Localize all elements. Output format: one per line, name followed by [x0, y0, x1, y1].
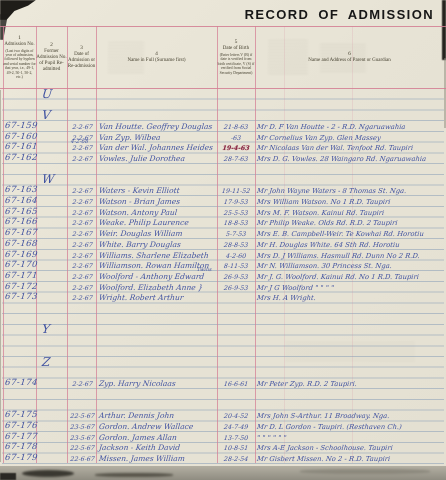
pupil-name: Woolford. Elizabeth Anne }	[99, 283, 218, 292]
parent-guardian: Mr Nicolaas Van der Wal. Tenfoot Rd. Tau…	[257, 144, 445, 152]
pupil-name: Vowles. Julie Dorothea	[99, 154, 218, 163]
pupil-name: Watson. Antony Paul	[99, 208, 218, 217]
pupil-name: Arthur. Dennis John	[99, 411, 218, 420]
date-of-birth: 13-7-50	[218, 435, 255, 442]
ledger-row: 67-1672-2-67Weir. Douglas William5-7-53M…	[0, 228, 446, 239]
admission-number: 67-178	[4, 442, 35, 452]
parent-guardian: Mr N. Williamson. 30 Princess St. Nga.	[257, 262, 445, 270]
date-of-birth: 8-11-53	[218, 263, 255, 270]
admission-number: 67-169	[4, 250, 35, 260]
ledger-row: 67-1622-2-67Vowles. Julie Dorothea28-7-6…	[0, 153, 446, 164]
ledger-row: 67-17723-5-67Gordon. James Allan13-7-50"…	[0, 432, 446, 443]
admission-number: 67-174	[4, 378, 35, 388]
ledger-row: 67-1632-2-67Waters - Kevin Elliott19-11-…	[0, 185, 446, 196]
ledger-row: 67-1652-2-67Watson. Antony Paul25-5-53Mr…	[0, 206, 446, 217]
ledger-row: 67-1702-2-67Williamson. Rowan Hamilton8-…	[0, 260, 446, 271]
parent-guardian: " " " " " "	[257, 434, 445, 442]
ledger-row: 67-1682-2-67White. Barry Douglas28-8-53M…	[0, 239, 446, 250]
date-of-birth: 21-8-63	[218, 124, 255, 131]
ledger-row: 67-1732-2-67Wright. Robert ArthurMrs H. …	[0, 292, 446, 303]
scan-edge-artifact	[22, 470, 74, 477]
ledger-row: 67-1612-2-674-2-68Van der Wal. Johannes …	[0, 142, 446, 153]
ledger-row: 67-1722-2-67Woolford. Elizabeth Anne }26…	[0, 281, 446, 292]
admission-date: 2-2-67	[69, 220, 97, 227]
admission-number: 67-168	[4, 239, 35, 249]
re-admission-date: 4-2-68	[70, 139, 88, 145]
pupil-name: Gordon. Andrew Wallace	[99, 422, 218, 431]
ledger-row: 67-1692-2-67Williams. Sharlene Elizabeth…	[0, 249, 446, 260]
ledger-row: 67-1642-2-67Watson - Brian James17-9-53M…	[0, 196, 446, 207]
admission-date: 22-5-67	[69, 445, 97, 452]
parent-guardian: Mrs M. F. Watson. Kainui Rd. Taupiri	[257, 209, 445, 217]
section-letter: U	[0, 89, 446, 100]
date-of-birth: 28-8-53	[218, 242, 255, 249]
parent-guardian: Mr H. Douglas White. 64 Sth Rd. Horotiu	[257, 241, 445, 249]
pupil-name: Williams. Sharlene Elizabeth	[99, 251, 218, 260]
pupil-name: Watson - Brian James	[99, 197, 218, 206]
admission-date: 22-5-67	[69, 413, 97, 420]
section-letter: V	[0, 110, 446, 121]
admission-date: 2-2-67	[69, 253, 97, 260]
date-of-birth: 19-4-63	[218, 145, 255, 152]
admission-date: 23-5-67	[69, 435, 97, 442]
admission-number: 67-173	[4, 292, 35, 302]
parent-guardian: Mrs H. A Wright.	[257, 294, 445, 302]
admission-date: 2-2-67	[69, 285, 97, 292]
section-letter: Y	[0, 324, 446, 335]
admission-number: 67-163	[4, 185, 35, 195]
ledger-row: 67-17822-5-67Jackson - Keith David10-8-5…	[0, 442, 446, 453]
ledger-row: 67-1712-2-67Woolford - Anthony EdwardTwi…	[0, 271, 446, 282]
admission-number: 67-171	[4, 271, 35, 281]
admission-number: 67-165	[4, 207, 35, 217]
date-of-birth: 17-9-53	[218, 199, 255, 206]
parent-guardian: Mr John Wayne Waters - 8 Thomas St. Nga.	[257, 187, 445, 195]
pupil-name: Zyp. Harry Nicolaas	[99, 379, 218, 388]
admission-date: 2-2-67	[69, 274, 97, 281]
admission-date: 2-2-67	[69, 199, 97, 206]
admission-number: 67-162	[4, 153, 35, 163]
admission-number: 67-159	[4, 121, 35, 131]
admission-number: 67-170	[4, 260, 35, 270]
pupil-name: Waters - Kevin Elliott	[99, 186, 218, 195]
admission-number: 67-161	[4, 142, 35, 152]
pupil-name: Jackson - Keith David	[99, 443, 218, 452]
parent-guardian: Mr Philip Weake. Olds Rd. R.D. 2 Taupiri	[257, 219, 445, 227]
pupil-name: Missen. James William	[99, 454, 218, 463]
parent-guardian: Mr Peter Zyp. R.D. 2 Taupiri.	[257, 380, 445, 388]
admission-date: 23-5-67	[69, 424, 97, 431]
section-letter: Z	[0, 357, 446, 368]
parent-guardian: Mrs D. J Williams. Hasmull Rd. Dunn No 2…	[257, 252, 445, 260]
admission-date: 2-2-67	[69, 295, 97, 302]
parent-guardian: Mr D. F Van Houtte - 2 - R.D. Ngaruawahi…	[257, 123, 445, 131]
date-of-birth: 4-2-60	[218, 253, 255, 260]
admission-date: 2-2-67	[69, 124, 97, 131]
parent-guardian: Mr D. L Gordon - Taupiri. (Resthaven Ch.…	[257, 423, 445, 431]
pupil-name: White. Barry Douglas	[99, 240, 218, 249]
parent-guardian: Mr J G Woolford " " " "	[257, 284, 445, 292]
parent-guardian: Mrs D. G. Vowles. 28 Waingaro Rd. Ngarua…	[257, 155, 445, 163]
ledger-row: 67-1592-2-67Van Houtte. Geoffrey Douglas…	[0, 121, 446, 132]
date-of-birth: 28-7-63	[218, 156, 255, 163]
scanned-admission-register-page: RECORD OF ADMISSION 1 Admission No. (Las…	[0, 0, 446, 480]
pupil-name: Gordon. James Allan	[99, 433, 218, 442]
ledger-row: 67-1742-2-67Zyp. Harry Nicolaas16-6-61Mr…	[0, 378, 446, 389]
parent-guardian: Mr Cornelius Van Zyp. Glen Massey	[257, 134, 445, 142]
date-of-birth: 16-6-61	[218, 381, 255, 388]
admission-date: 22-6-67	[69, 456, 97, 463]
admission-number: 67-179	[4, 453, 35, 463]
date-of-birth: 10-8-51	[218, 445, 255, 452]
admission-number: 67-160	[4, 132, 35, 142]
admission-date: 2-2-67	[69, 156, 97, 163]
date-of-birth: 26-9-53	[218, 285, 255, 292]
parent-guardian: Mrs E. B. Campbell-Weir. Te Kowhai Rd. H…	[257, 230, 445, 238]
ledger-rows: UV67-1592-2-67Van Houtte. Geoffrey Dougl…	[0, 0, 446, 480]
date-of-birth: 19-11-52	[218, 188, 255, 195]
admission-number: 67-175	[4, 410, 35, 420]
admission-number: 67-176	[4, 421, 35, 431]
date-of-birth: -63	[218, 135, 255, 142]
date-of-birth: 25-5-53	[218, 210, 255, 217]
scan-edge-artifact	[300, 469, 430, 474]
ledger-row: 67-1662-2-67Weake. Philip Laurence18-8-5…	[0, 217, 446, 228]
admission-date: 2-2-67	[69, 210, 97, 217]
scan-edge-artifact	[95, 473, 173, 477]
parent-guardian: Mr J. G. Woolford. Kainui Rd. No 1 R.D. …	[257, 273, 445, 281]
parent-guardian: Mr Gisbert Missen. No 2 - R.D. Taupiri	[257, 455, 445, 463]
date-of-birth: 20-4-52	[218, 413, 255, 420]
admission-number: 67-172	[4, 282, 35, 292]
ledger-row: 67-17922-6-67Missen. James William28-2-5…	[0, 453, 446, 464]
parent-guardian: Mrs William Watson. No 1 R.D. Taupiri	[257, 198, 445, 206]
admission-number: 67-167	[4, 228, 35, 238]
parent-guardian: Mrs A-E Jackson - Schoolhouse. Taupiri	[257, 444, 445, 452]
date-of-birth: 18-8-53	[218, 220, 255, 227]
pupil-name: Weir. Douglas William	[99, 229, 218, 238]
admission-number: 67-166	[4, 217, 35, 227]
pupil-name: Weake. Philip Laurence	[99, 218, 218, 227]
ledger-row: 67-17522-5-67Arthur. Dennis John20-4-52M…	[0, 410, 446, 421]
admission-date: 2-2-674-2-68	[69, 145, 97, 152]
admission-number: 67-177	[4, 432, 35, 442]
pupil-name: Wright. Robert Arthur	[99, 293, 218, 302]
pupil-name: Woolford - Anthony EdwardTwins	[99, 272, 218, 281]
admission-date: 2-2-67	[69, 381, 97, 388]
twins-annotation: Twins	[197, 267, 212, 273]
admission-number: 67-164	[4, 196, 35, 206]
admission-date: 2-2-67	[69, 263, 97, 270]
date-of-birth: 26-9-53	[218, 274, 255, 281]
admission-date: 2-2-67	[69, 231, 97, 238]
scan-edge-artifact	[0, 473, 16, 480]
date-of-birth: 5-7-53	[218, 231, 255, 238]
ledger-row: 67-1602-2-67Van Zyp. Wilbea-63Mr Corneli…	[0, 131, 446, 142]
section-letter: W	[0, 174, 446, 185]
pupil-name: Van Houtte. Geoffrey Douglas	[99, 122, 218, 131]
date-of-birth: 28-2-54	[218, 456, 255, 463]
date-of-birth: 24-7-49	[218, 424, 255, 431]
admission-date: 2-2-67	[69, 242, 97, 249]
pupil-name: Van der Wal. Johannes Heides	[99, 143, 218, 152]
pupil-name: Van Zyp. Wilbea	[99, 133, 218, 142]
admission-date: 2-2-67	[69, 188, 97, 195]
parent-guardian: Mrs John S-Arthur. 11 Broadway. Nga.	[257, 412, 445, 420]
ledger-row: 67-17623-5-67Gordon. Andrew Wallace24-7-…	[0, 421, 446, 432]
